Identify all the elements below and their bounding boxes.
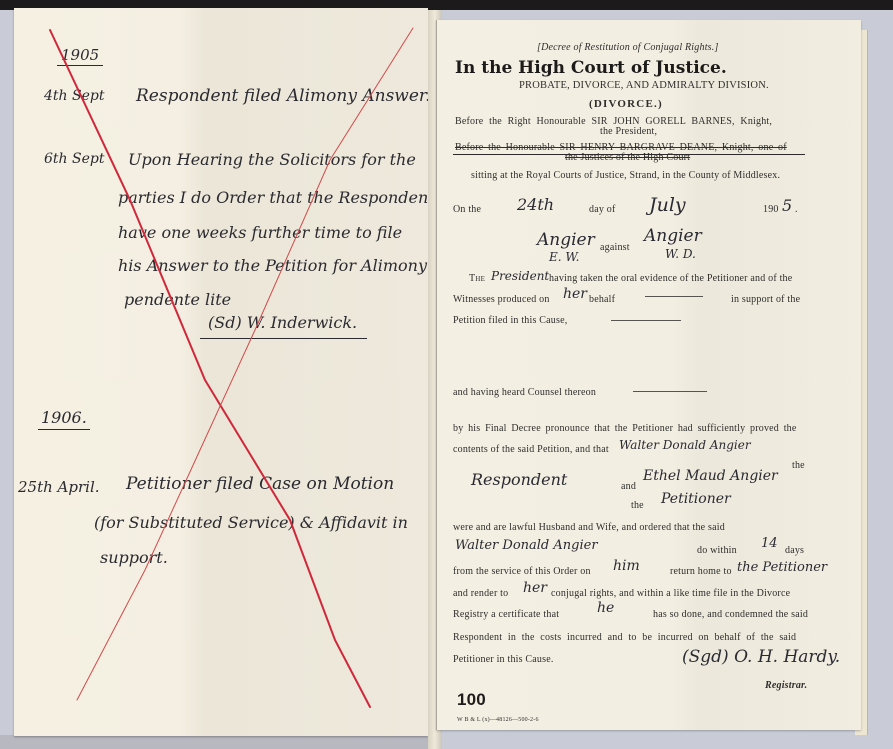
body-line-8a: from the service of this Order on [453,566,591,577]
entry-date-25-april: 25th April. [18,478,100,496]
entry-date-6-sept: 6th Sept [44,151,104,167]
return-to-handwritten: the Petitioner [737,560,827,575]
body-line-2a: Witnesses produced on [453,294,550,305]
decree-month: July [649,194,686,216]
day-of-label: day of [589,204,615,215]
year-1905: 1905 [57,46,103,66]
year-suffix: 5 [782,196,792,215]
body-line-2c: in support of the [731,294,800,305]
entry-text-25-april-line-1: Petitioner filed Case on Motion [126,474,394,494]
body-line-1: having taken the oral evidence of the Pe… [549,273,792,284]
registrar-title: Registrar. [765,680,807,691]
blank-rule [611,320,681,321]
body-line-4: and having heard Counsel thereon [453,387,596,398]
body-line-10a: Registry a certificate that [453,609,559,620]
left-page-shadow-edge [0,735,430,749]
body-line-11: Respondent in the costs incurred and to … [453,632,796,643]
body-line-2b: behalf [589,294,615,305]
year-1906: 1906. [38,408,90,430]
printer-code: W B & L (x)—48126—500-2-6 [457,717,539,723]
respondent-role: Respondent [471,470,567,489]
blank-rule [645,296,703,297]
him-handwritten: him [613,558,640,574]
division-title: PROBATE, DIVORCE, AND ADMIRALTY DIVISION… [519,80,769,91]
entry-text-6-sept-line-5: pendente lite [124,290,231,309]
body-line-7: were and are lawful Husband and Wife, an… [453,522,725,533]
body-line-9a: and render to [453,588,508,599]
body-line-12: Petitioner in this Cause. [453,654,554,665]
petitioner-initials: E. W. [549,250,579,264]
date-period: . [795,204,798,215]
signature-inderwick: (Sd) W. Inderwick. [200,313,367,339]
petitioner-role: Petitioner [661,491,731,507]
body-line-8b: return home to [670,566,732,577]
respondent-full-name: Walter Donald Angier [619,438,751,452]
body-line-3: Petition filed in this Cause, [453,315,567,326]
form-number: 100 [457,690,486,710]
entry-text-6-sept-line-3: have one weeks further time to file [118,223,402,242]
body-line-6: contents of the said Petition, and that [453,444,609,455]
body-line-9b: conjugal rights, and within a like time … [551,588,790,599]
against-label: against [600,242,630,253]
respondent-surname: Angier [644,226,702,246]
her-handwritten-2: her [523,580,547,596]
strike-rule [453,154,805,155]
and-label: and [621,481,636,492]
on-the-label: On the [453,204,481,215]
petitioner-surname: Angier [537,230,595,250]
petitioner-full-name: Ethel Maud Angier [643,468,778,484]
days-number: 14 [761,536,778,551]
respondent-initials: W. D. [665,247,696,261]
entry-text-4-sept: Respondent filed Alimony Answer. [136,86,431,106]
the-prefix: The [469,273,485,284]
entry-text-6-sept-line-4: his Answer to the Petition for Alimony [118,256,427,275]
blank-rule [633,391,707,392]
her-handwritten-1: her [563,286,587,302]
entry-text-25-april-line-3: support. [100,548,168,567]
he-handwritten: he [597,600,614,616]
decree-day: 24th [517,195,554,214]
left-page-handwritten-entries: 1905 4th Sept Respondent filed Alimony A… [14,8,428,736]
year-prefix: 190 [763,204,779,215]
respondent-name-order: Walter Donald Angier [455,538,598,553]
entry-text-6-sept-line-2: parties I do Order that the Respondent [118,188,435,207]
entry-text-25-april-line-2: (for Substituted Service) & Affidavit in [94,513,408,532]
subdivision-title: (DIVORCE.) [589,98,663,110]
registrar-signature: (Sgd) O. H. Hardy. [682,647,840,667]
do-within-label: do within [697,545,737,556]
body-line-10b: has so done, and condemned the said [653,609,808,620]
days-label: days [785,545,804,556]
the-label-1: the [792,460,805,471]
body-line-5: by his Final Decree pronounce that the P… [453,423,797,434]
judge-handwritten: President [491,269,549,283]
decree-type-note: [Decree of Restitution of Conjugal Right… [537,42,719,53]
right-page-printed-decree: [Decree of Restitution of Conjugal Right… [436,20,861,730]
court-title: In the High Court of Justice. [455,58,727,78]
before-judge-president-title: the President, [600,126,657,137]
sitting-location: sitting at the Royal Courts of Justice, … [471,170,780,181]
the-label-2: the [631,500,644,511]
entry-date-4-sept: 4th Sept [44,88,104,104]
entry-text-6-sept-line-1: Upon Hearing the Solicitors for the [128,150,416,169]
